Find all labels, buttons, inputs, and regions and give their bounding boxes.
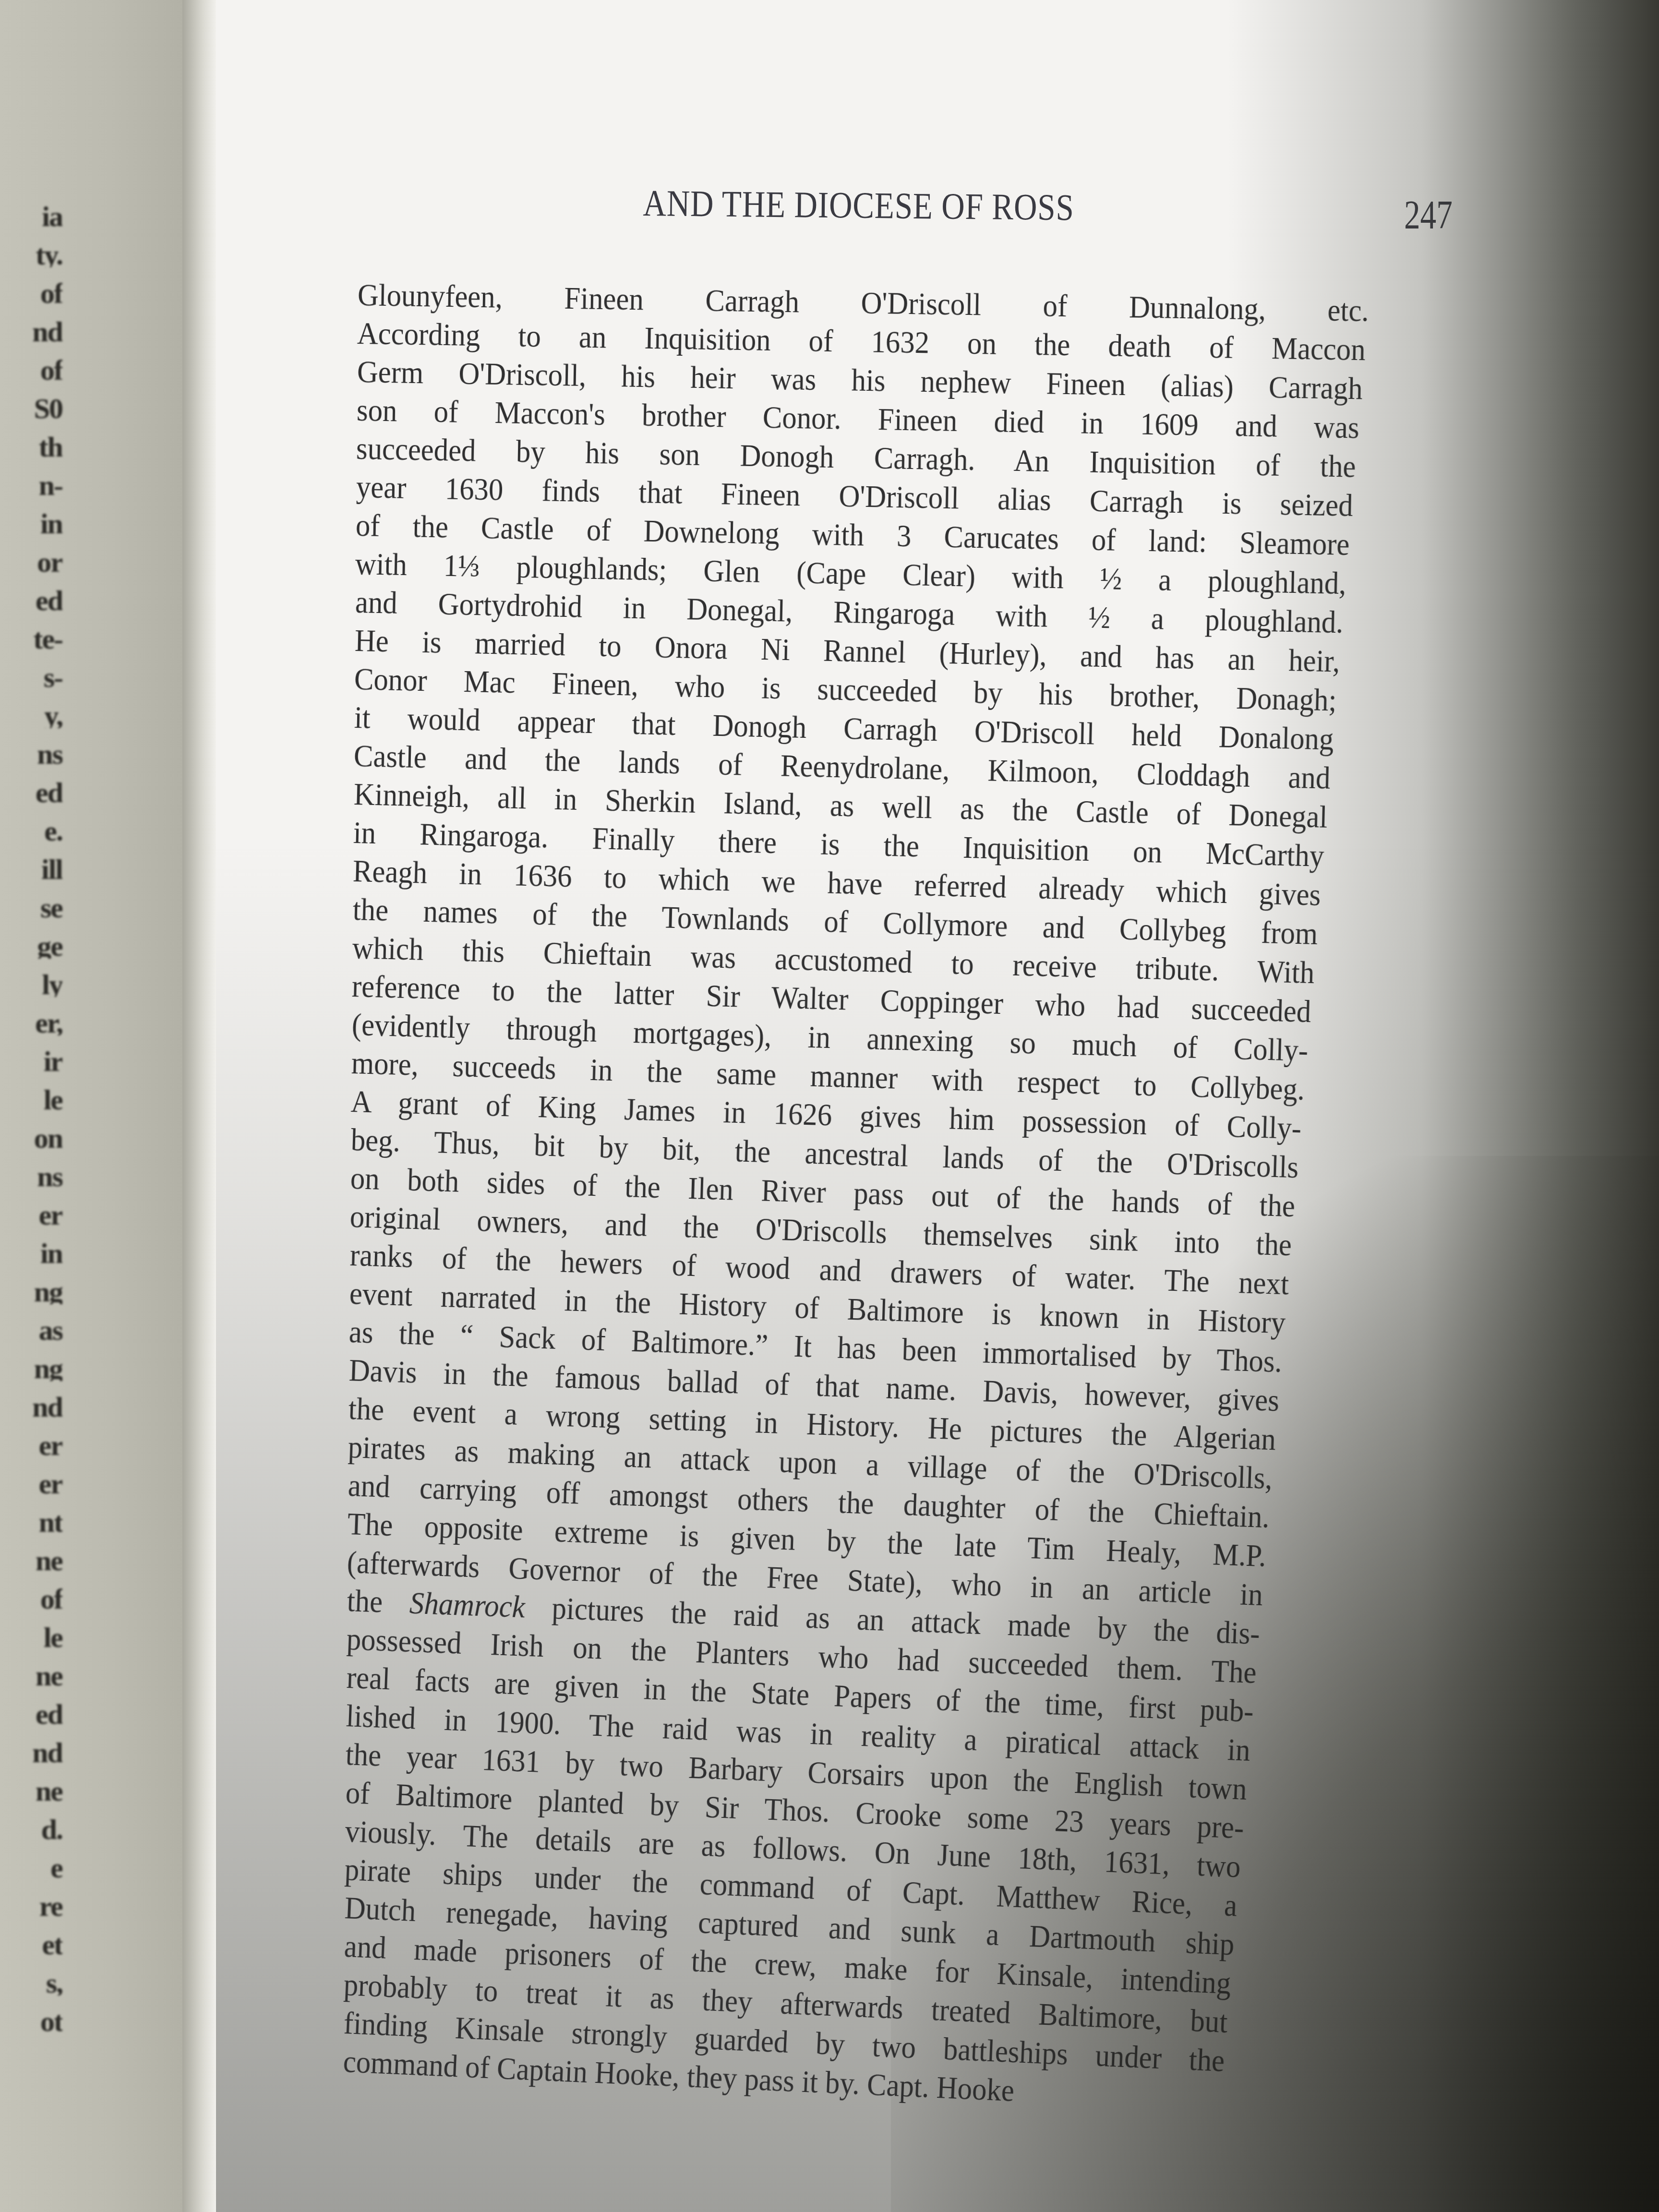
facing-page-fragment: on [0,1126,62,1151]
facing-page-fragment: e. [0,818,62,843]
facing-page-fragment: d. [0,1817,62,1842]
facing-page-fragment: ia [0,204,62,229]
facing-page-fragment: ed [0,780,62,805]
facing-page-fragment: or [0,550,62,575]
facing-page-fragment: ns [0,1164,62,1189]
book-spread: iaty.ofndofS0thn-inoredte-s-y,nsede.ills… [0,0,1659,2212]
facing-page-fragment: y, [0,703,62,728]
facing-page-fragment: of [0,281,62,306]
facing-page-fragment: ty. [0,242,62,267]
facing-page-fragment: ed [0,588,62,613]
facing-page-fragment: le [0,1087,62,1112]
facing-page-fragment: ne [0,1663,62,1688]
facing-page-fragment: ly [0,972,62,997]
italic-title: Shamrock [409,1586,526,1625]
facing-page-fragment: ot [0,2009,62,2034]
left-page-edge: iaty.ofndofS0thn-inoredte-s-y,nsede.ills… [0,0,182,2212]
facing-page-fragment: re [0,1894,62,1919]
facing-page-fragment: of [0,358,62,383]
facing-page-fragment: s- [0,665,62,690]
facing-page-fragment: ng [0,1279,62,1304]
facing-page-fragment: er [0,1433,62,1458]
facing-page-fragment: nd [0,319,62,344]
facing-page-fragment: er [0,1471,62,1496]
facing-page-fragment: of [0,1587,62,1611]
facing-page-fragment: n- [0,473,62,498]
facing-page-fragment: ne [0,1548,62,1573]
facing-page-fragment: et [0,1932,62,1957]
page-number: 247 [1404,192,1453,239]
facing-page-fragment: in [0,1241,62,1266]
facing-page-fragment: ge [0,934,62,959]
facing-page-fragment: ns [0,742,62,767]
facing-page-fragment: ne [0,1779,62,1803]
facing-page-fragment: as [0,1318,62,1343]
book-gutter [182,0,216,2212]
facing-page-fragment: ill [0,857,62,882]
facing-page-fragment: th [0,434,62,459]
facing-page-fragment: se [0,895,62,920]
facing-page-fragment: nt [0,1510,62,1535]
facing-page-fragment: te- [0,626,62,651]
facing-page-fragment: ir [0,1049,62,1074]
facing-page-fragment: er [0,1202,62,1227]
facing-page-fragment: in [0,511,62,536]
facing-page-fragment: er, [0,1010,62,1035]
running-head: AND THE DIOCESE OF ROSS [643,181,1074,229]
facing-page-fragment: e [0,1855,62,1880]
facing-page-fragment: le [0,1625,62,1650]
facing-page-fragment: ng [0,1356,62,1381]
facing-page-fragment: nd [0,1740,62,1765]
facing-page-fragment: s, [0,1971,62,1996]
facing-page-fragment: nd [0,1395,62,1419]
facing-page-fragment: ed [0,1702,62,1727]
facing-page-fragment: S0 [0,396,62,421]
